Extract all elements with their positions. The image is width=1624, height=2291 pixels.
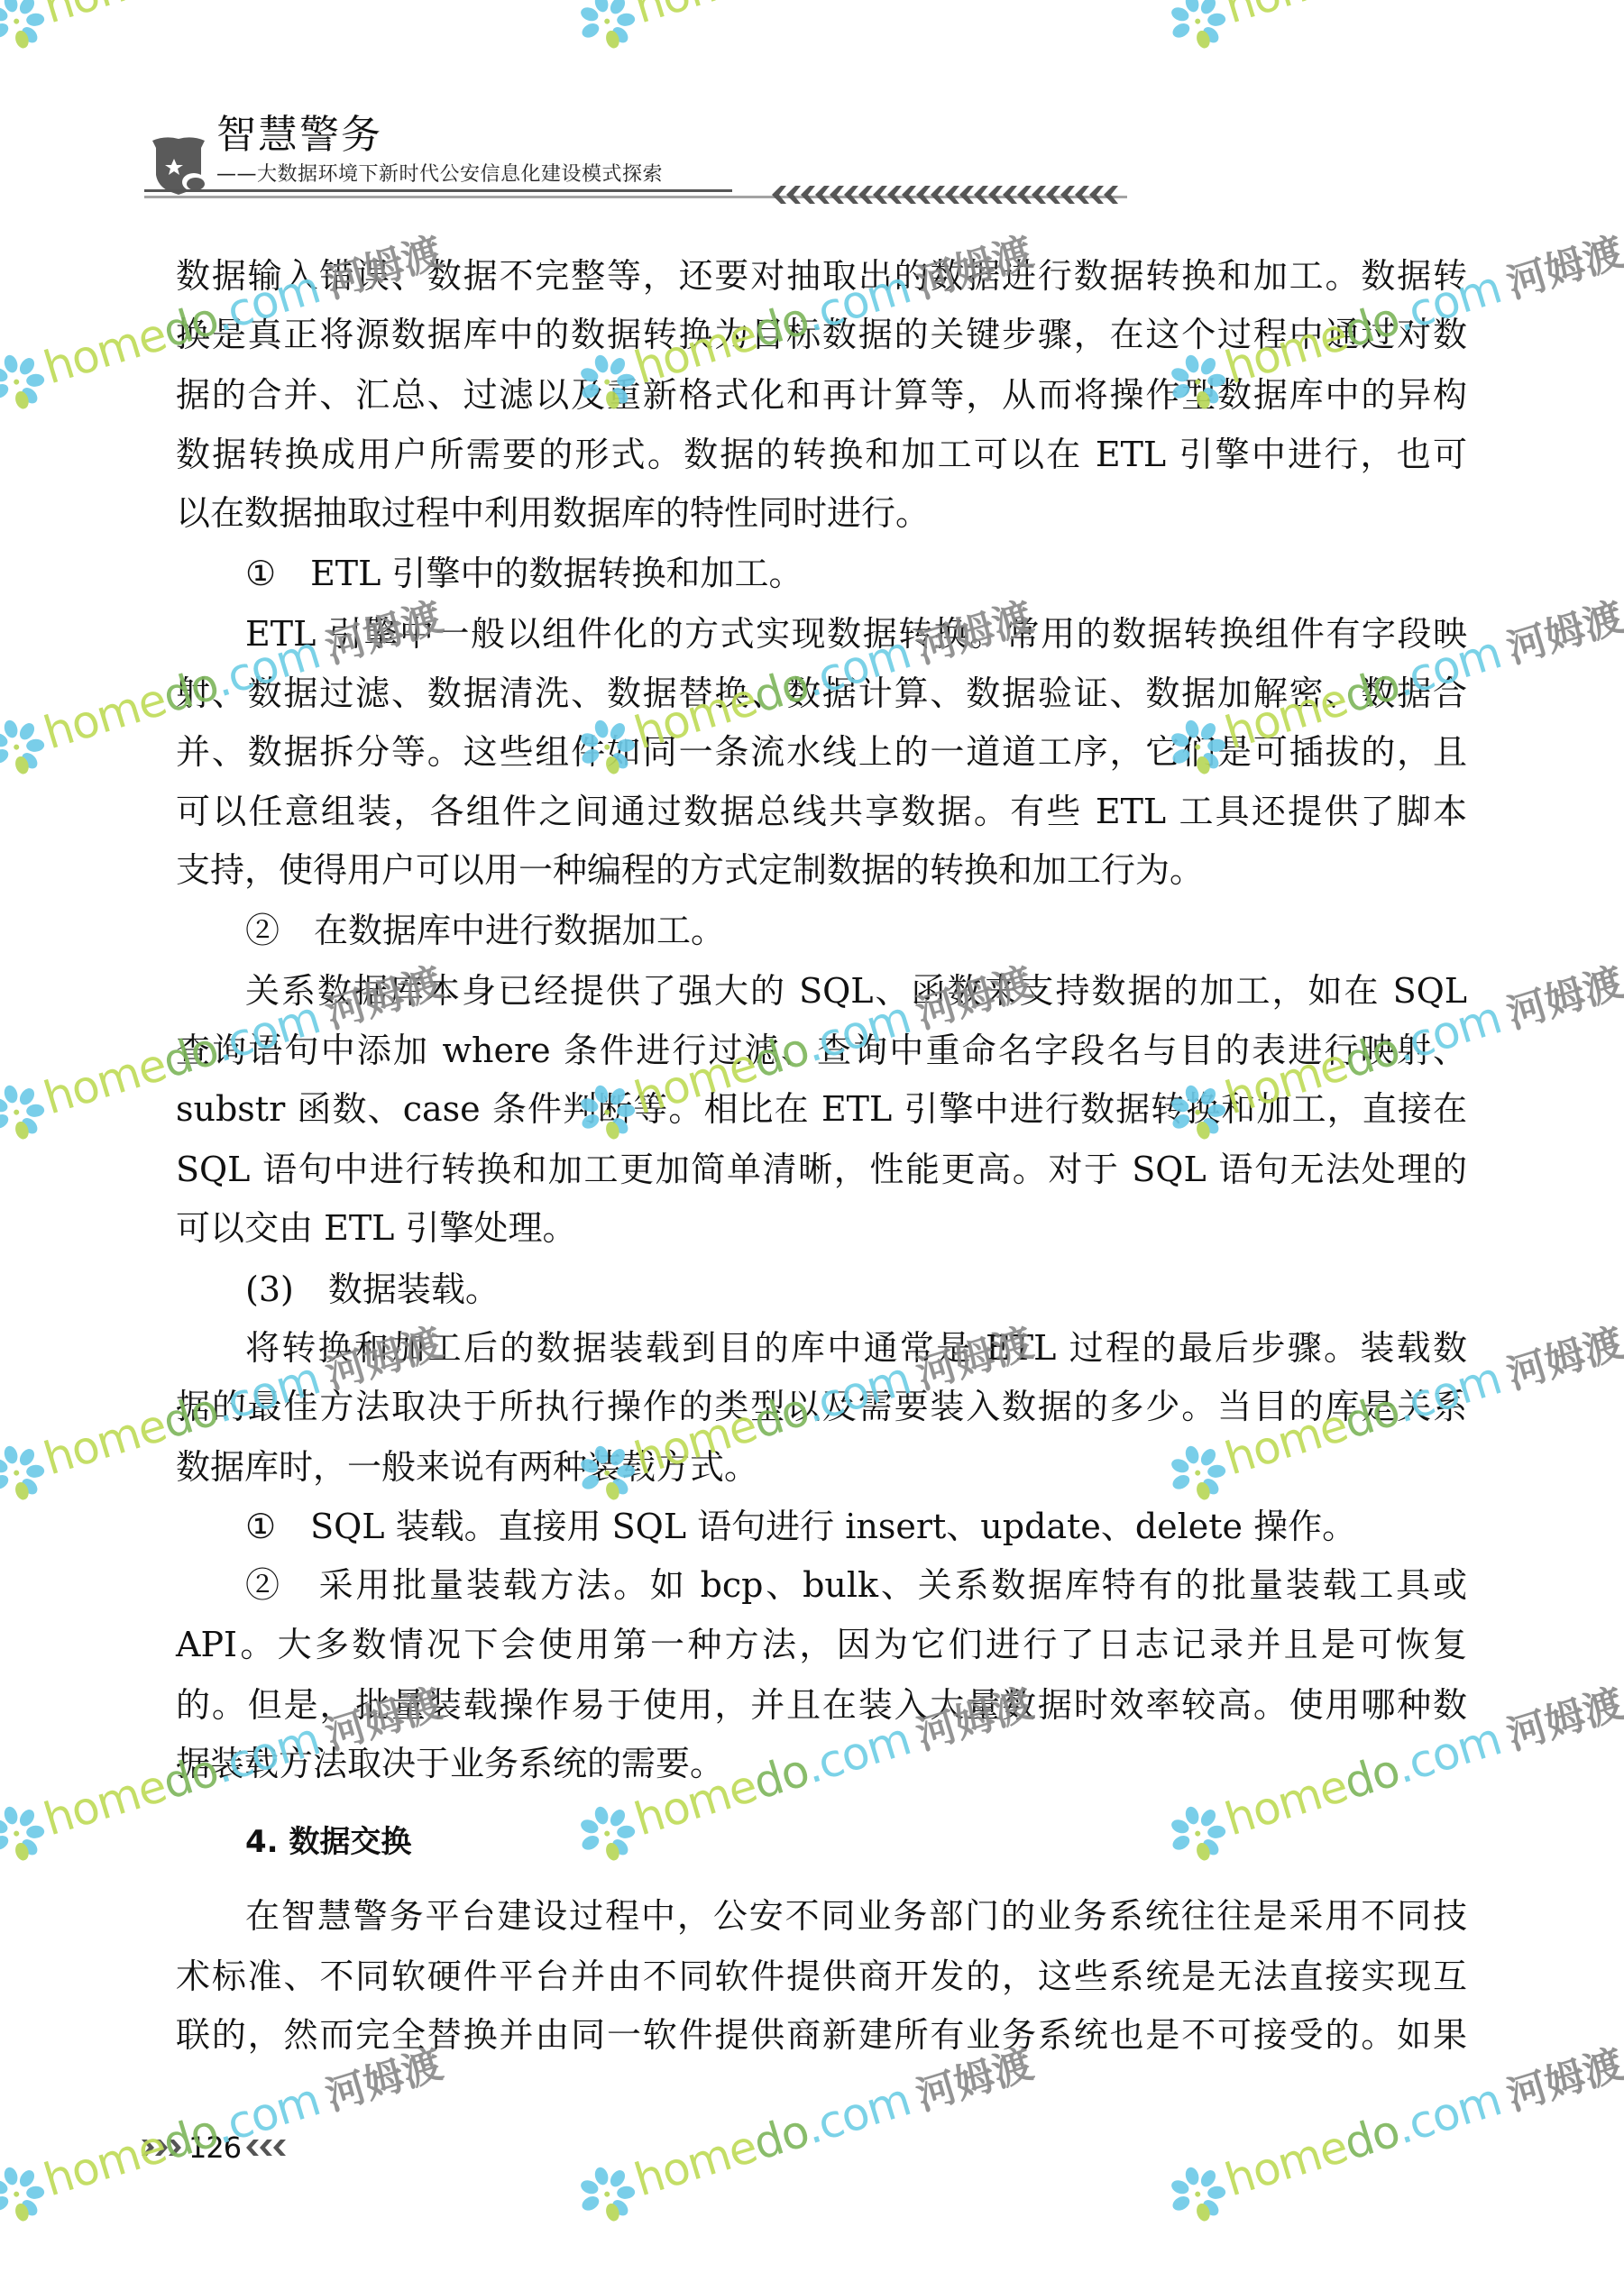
watermark-home: home xyxy=(38,1399,172,1486)
watermark-home: home xyxy=(1219,2121,1353,2207)
watermark-home: home xyxy=(38,674,172,760)
flower-logo-icon xyxy=(0,1799,51,1868)
flower-logo-icon xyxy=(573,0,642,56)
watermark-com: .com xyxy=(799,2073,916,2154)
flower-logo-icon xyxy=(0,0,51,56)
book-subtitle: ——大数据环境下新时代公安信息化建设模式探索 xyxy=(216,162,663,188)
text-line: 查询语句中添加 where 条件进行过滤、查询中重命名字段名与目的表进行映射、 xyxy=(176,1029,1467,1072)
homedo-watermark: homedo.com河姆渡 xyxy=(1161,0,1578,63)
flower-logo-icon xyxy=(1163,2159,1233,2229)
section-heading: 4. 数据交换 xyxy=(176,1820,1467,1864)
watermark-do: do xyxy=(1338,2104,1405,2170)
page-number-value: 126 xyxy=(188,2131,241,2165)
list-item-heading: ① ETL 引擎中的数据转换和加工。 xyxy=(176,552,1467,595)
watermark-cn: 河姆渡 xyxy=(1501,1681,1624,1759)
text-line: 可以交由 ETL 引擎处理。 xyxy=(176,1206,1467,1250)
document-page: 智慧警务 ——大数据环境下新时代公安信息化建设模式探索 xyxy=(0,0,1624,2291)
watermark-cn: 河姆渡 xyxy=(1501,229,1624,307)
watermark-cn: 河姆渡 xyxy=(1501,1320,1624,1398)
watermark-com: .com xyxy=(1390,2073,1507,2154)
flower-logo-icon xyxy=(0,1077,51,1147)
text-line: 关系数据库本身已经提供了强大的 SQL、函数来支持数据的加工，如在 SQL xyxy=(176,969,1467,1013)
text-line: 的。但是，批量装载操作易于使用，并且在装入大量数据时效率较高。使用哪种数 xyxy=(176,1683,1467,1727)
homedo-watermark: homedo.com河姆渡 xyxy=(0,0,397,63)
flower-logo-icon xyxy=(0,712,51,782)
text-line: 将转换和加工后的数据装载到目的库中通常是 ETL 过程的最后步骤。装载数 xyxy=(176,1326,1467,1370)
watermark-home: home xyxy=(1219,0,1353,33)
watermark-home: home xyxy=(628,2121,763,2207)
book-title: 智慧警务 xyxy=(216,110,382,160)
text-line: substr 函数、case 条件判断等。相比在 ETL 引擎中进行数据转换和加… xyxy=(176,1087,1467,1131)
text-line: 并、数据拆分等。这些组件如同一条流水线上的一道道工序，它们是可插拔的，且 xyxy=(176,730,1467,774)
text-line: ETL 引擎中一般以组件化的方式实现数据转换。常用的数据转换组件有字段映 xyxy=(176,612,1467,655)
text-line: 射、数据过滤、数据清洗、数据替换、数据计算、数据验证、数据加解密、数据合 xyxy=(176,672,1467,715)
list-item-heading: ① SQL 装载。直接用 SQL 语句进行 insert、update、dele… xyxy=(176,1505,1467,1548)
list-item-heading: ② 在数据库中进行数据加工。 xyxy=(176,909,1467,952)
flower-logo-icon xyxy=(0,347,51,417)
homedo-watermark: homedo.com河姆渡 xyxy=(1161,2046,1578,2236)
text-line: ② 采用批量装载方法。如 bcp、bulk、关系数据库特有的批量装载工具或 xyxy=(176,1563,1467,1607)
watermark-cn: 河姆渡 xyxy=(1501,2041,1624,2120)
chevron-ornament-icon xyxy=(768,184,1122,206)
page-number: 126 xyxy=(140,2130,289,2166)
watermark-do: do xyxy=(748,2104,814,2170)
text-line: 术标准、不同软硬件平台并由不同软件提供商开发的，这些系统是无法直接实现互 xyxy=(176,1955,1467,1998)
flower-logo-icon xyxy=(1163,0,1233,56)
text-line: API。大多数情况下会使用第一种方法，因为它们进行了日志记录并且是可恢复 xyxy=(176,1623,1467,1666)
watermark-home: home xyxy=(628,0,763,33)
header-rule-dark xyxy=(144,189,732,192)
watermark-home: home xyxy=(38,1039,172,1125)
flower-logo-icon xyxy=(573,2159,642,2229)
text-line: SQL 语句中进行转换和加工更加简单清晰，性能更高。对于 SQL 语句无法处理的 xyxy=(176,1148,1467,1191)
text-line: 以在数据抽取过程中利用数据库的特性同时进行。 xyxy=(176,491,1467,535)
flower-logo-icon xyxy=(0,2159,51,2229)
watermark-cn: 河姆渡 xyxy=(1501,959,1624,1038)
text-line: 据装载方法取决于业务系统的需要。 xyxy=(176,1742,1467,1785)
text-line: 据的合并、汇总、过滤以及重新格式化和再计算等，从而将操作型数据库中的异构 xyxy=(176,373,1467,417)
text-line: 据的最佳方法取决于所执行操作的类型以及需要装入数据的多少。当目的库是关系 xyxy=(176,1385,1467,1428)
text-line: 在智慧警务平台建设过程中，公安不同业务部门的业务系统往往是采用不同技 xyxy=(176,1894,1467,1938)
watermark-home: home xyxy=(38,308,172,395)
subsection-heading: (3) 数据装载。 xyxy=(176,1268,1467,1311)
chevron-right-ornament-icon xyxy=(140,2138,185,2158)
text-line: 数据转换成用户所需要的形式。数据的转换和加工可以在 ETL 引擎中进行，也可 xyxy=(176,433,1467,476)
text-line: 数据库时，一般来说有两种装载方式。 xyxy=(176,1445,1467,1489)
text-line: 换是真正将源数据库中的数据转换为目标数据的关键步骤，在这个过程中通过对数 xyxy=(176,313,1467,356)
watermark-cn: 河姆渡 xyxy=(1501,594,1624,673)
homedo-watermark: homedo.com河姆渡 xyxy=(570,2046,987,2236)
text-line: 数据输入错误、数据不完整等，还要对抽取出的数据进行数据转换和加工。数据转 xyxy=(176,254,1467,298)
watermark-home: home xyxy=(38,1760,172,1847)
text-line: 联的，然而完全替换并由同一软件提供商新建所有业务系统也是不可接受的。如果 xyxy=(176,2013,1467,2057)
chevron-left-ornament-icon xyxy=(244,2138,289,2158)
text-line: 可以任意组装，各组件之间通过数据总线共享数据。有些 ETL 工具还提供了脚本 xyxy=(176,790,1467,833)
police-badge-icon xyxy=(147,135,210,197)
homedo-watermark: homedo.com河姆渡 xyxy=(570,0,987,63)
text-line: 支持，使得用户可以用一种编程的方式定制数据的转换和加工行为。 xyxy=(176,848,1467,892)
flower-logo-icon xyxy=(0,1438,51,1507)
watermark-home: home xyxy=(38,0,172,33)
